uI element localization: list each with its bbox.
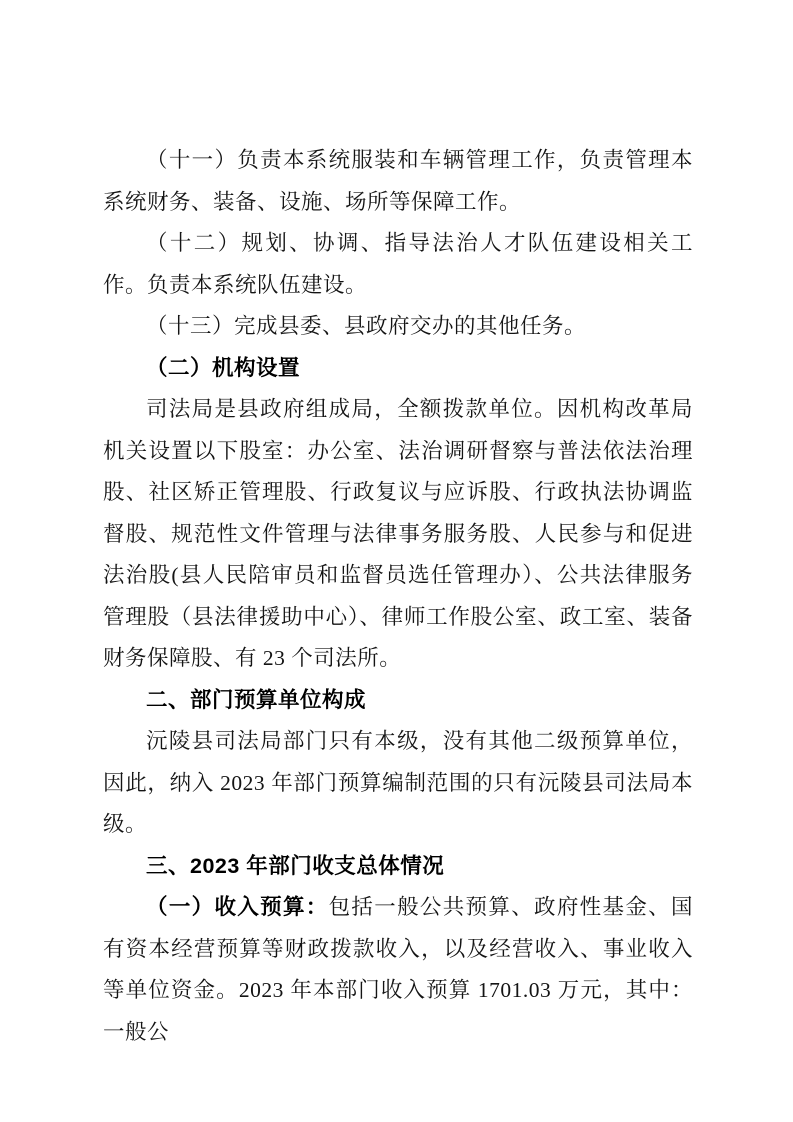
paragraph-duty-item-13: （十三）完成县委、县政府交办的其他任务。 [103,306,693,348]
document-content: （十一）负责本系统服装和车辆管理工作，负责管理本系统财务、装备、设施、场所等保障… [103,140,693,1053]
heading-section-3-overall: 三、2023 年部门收支总体情况 [103,846,693,888]
paragraph-duty-item-11: （十一）负责本系统服装和车辆管理工作，负责管理本系统财务、装备、设施、场所等保障… [103,140,693,223]
paragraph-duty-item-12: （十二）规划、协调、指导法治人才队伍建设相关工作。负责本系统队伍建设。 [103,223,693,306]
heading-org-setup: （二）机构设置 [103,348,693,390]
paragraph-section-2-body: 沅陵县司法局部门只有本级，没有其他二级预算单位，因此，纳入 2023 年部门预算… [103,721,693,846]
document-page: （十一）负责本系统服装和车辆管理工作，负责管理本系统财务、装备、设施、场所等保障… [0,0,793,1122]
heading-section-2-budget-units: 二、部门预算单位构成 [103,680,693,722]
paragraph-income-budget: （一）收入预算：包括一般公共预算、政府性基金、国有资本经营预算等财政拨款收入，以… [103,887,693,1053]
paragraph-org-setup-body: 司法局是县政府组成局，全额拨款单位。因机构改革局机关设置以下股室：办公室、法治调… [103,389,693,680]
income-budget-lead-label: （一）收入预算： [146,895,329,919]
